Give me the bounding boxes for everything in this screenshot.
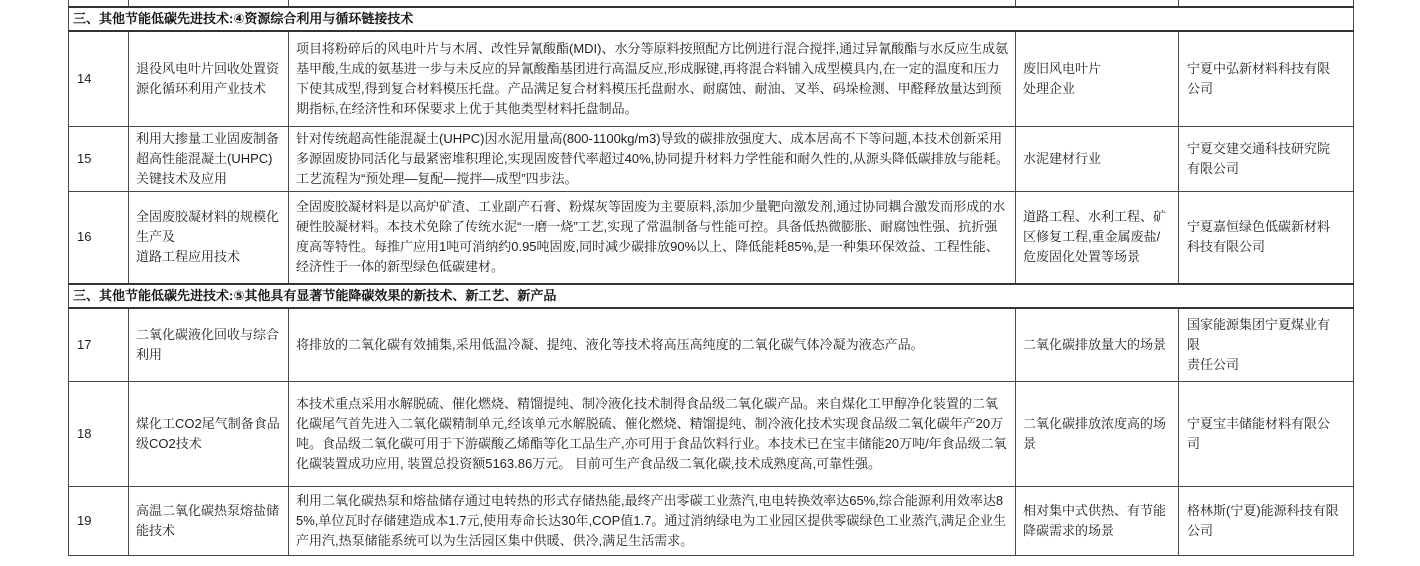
cell-description: 项目将粉碎后的风电叶片与木屑、改性异氰酸酯(MDI)、水分等原料按照配方比例进行…	[289, 31, 1016, 126]
cell-tech-name: 利用大掺量工业固废制备超高性能混凝土(UHPC) 关键技术及应用	[129, 126, 289, 191]
table-row: 18 煤化工CO2尾气制备食品级CO2技术 本技术重点采用水解脱硫、催化燃烧、精…	[69, 381, 1354, 486]
table-row: 19 高温二氧化碳热泵熔盐储能技术 利用二氧化碳热泵和熔盐储存通过电转热的形式存…	[69, 486, 1354, 555]
technology-table-container: 三、其他节能低碳先进技术:④资源综合利用与循环链接技术 14 退役风电叶片回收处…	[68, 0, 1354, 556]
cell-tech-name: 二氧化碳液化回收与综合利用	[129, 308, 289, 381]
cell-num: 17	[69, 308, 129, 381]
section-header-row-5: 三、其他节能低碳先进技术:⑤其他具有显著节能降碳效果的新技术、新工艺、新产品	[69, 284, 1354, 308]
cell-stub	[1016, 0, 1179, 7]
cell-stub	[289, 0, 1016, 7]
cell-company: 宁夏中弘新材料科技有限公司	[1179, 31, 1354, 126]
cell-description: 全固废胶凝材料是以高炉矿渣、工业副产石膏、粉煤灰等固废为主要原料,添加少量靶向激…	[289, 191, 1016, 284]
cell-company: 宁夏嘉恒绿色低碳新材料科技有限公司	[1179, 191, 1354, 284]
cell-stub	[1179, 0, 1354, 7]
table-row: 14 退役风电叶片回收处置资源化循环利用产业技术 项目将粉碎后的风电叶片与木屑、…	[69, 31, 1354, 126]
cell-description: 将排放的二氧化碳有效捕集,采用低温冷凝、提纯、液化等技术将高压高纯度的二氧化碳气…	[289, 308, 1016, 381]
cell-description: 本技术重点采用水解脱硫、催化燃烧、精馏提纯、制冷液化技术制得食品级二氧化碳产品。…	[289, 381, 1016, 486]
cell-application: 道路工程、水利工程、矿区修复工程,重金属废盐/危废固化处置等场景	[1016, 191, 1179, 284]
table-row: 15 利用大掺量工业固废制备超高性能混凝土(UHPC) 关键技术及应用 针对传统…	[69, 126, 1354, 191]
section-header-title: 三、其他节能低碳先进技术:⑤其他具有显著节能降碳效果的新技术、新工艺、新产品	[69, 284, 1354, 308]
cell-application: 二氧化碳排放量大的场景	[1016, 308, 1179, 381]
table-row: 16 全固废胶凝材料的规模化生产及 道路工程应用技术 全固废胶凝材料是以高炉矿渣…	[69, 191, 1354, 284]
cell-description: 针对传统超高性能混凝土(UHPC)因水泥用量高(800-1100kg/m3)导致…	[289, 126, 1016, 191]
cell-description: 利用二氧化碳热泵和熔盐储存通过电转热的形式存储热能,最终产出零碳工业蒸汽,电电转…	[289, 486, 1016, 555]
cell-stub	[69, 0, 129, 7]
section-header-row-4: 三、其他节能低碳先进技术:④资源综合利用与循环链接技术	[69, 7, 1354, 31]
cell-tech-name: 高温二氧化碳热泵熔盐储能技术	[129, 486, 289, 555]
section-header-title: 三、其他节能低碳先进技术:④资源综合利用与循环链接技术	[69, 7, 1354, 31]
cell-stub	[129, 0, 289, 7]
cell-application: 水泥建材行业	[1016, 126, 1179, 191]
cell-application: 相对集中式供热、有节能降碳需求的场景	[1016, 486, 1179, 555]
cell-tech-name: 全固废胶凝材料的规模化生产及 道路工程应用技术	[129, 191, 289, 284]
table-row: 17 二氧化碳液化回收与综合利用 将排放的二氧化碳有效捕集,采用低温冷凝、提纯、…	[69, 308, 1354, 381]
cell-num: 18	[69, 381, 129, 486]
cell-tech-name: 退役风电叶片回收处置资源化循环利用产业技术	[129, 31, 289, 126]
cell-num: 14	[69, 31, 129, 126]
cell-num: 16	[69, 191, 129, 284]
cell-company: 格林斯(宁夏)能源科技有限公司	[1179, 486, 1354, 555]
cell-company: 国家能源集团宁夏煤业有限 责任公司	[1179, 308, 1354, 381]
cell-num: 15	[69, 126, 129, 191]
cell-tech-name: 煤化工CO2尾气制备食品级CO2技术	[129, 381, 289, 486]
cell-num: 19	[69, 486, 129, 555]
cell-application: 废旧风电叶片 处理企业	[1016, 31, 1179, 126]
cell-company: 宁夏交建交通科技研究院有限公司	[1179, 126, 1354, 191]
cell-company: 宁夏宝丰储能材料有限公司	[1179, 381, 1354, 486]
cell-application: 二氧化碳排放浓度高的场景	[1016, 381, 1179, 486]
technology-table: 三、其他节能低碳先进技术:④资源综合利用与循环链接技术 14 退役风电叶片回收处…	[68, 0, 1354, 556]
table-row-clipped	[69, 0, 1354, 7]
